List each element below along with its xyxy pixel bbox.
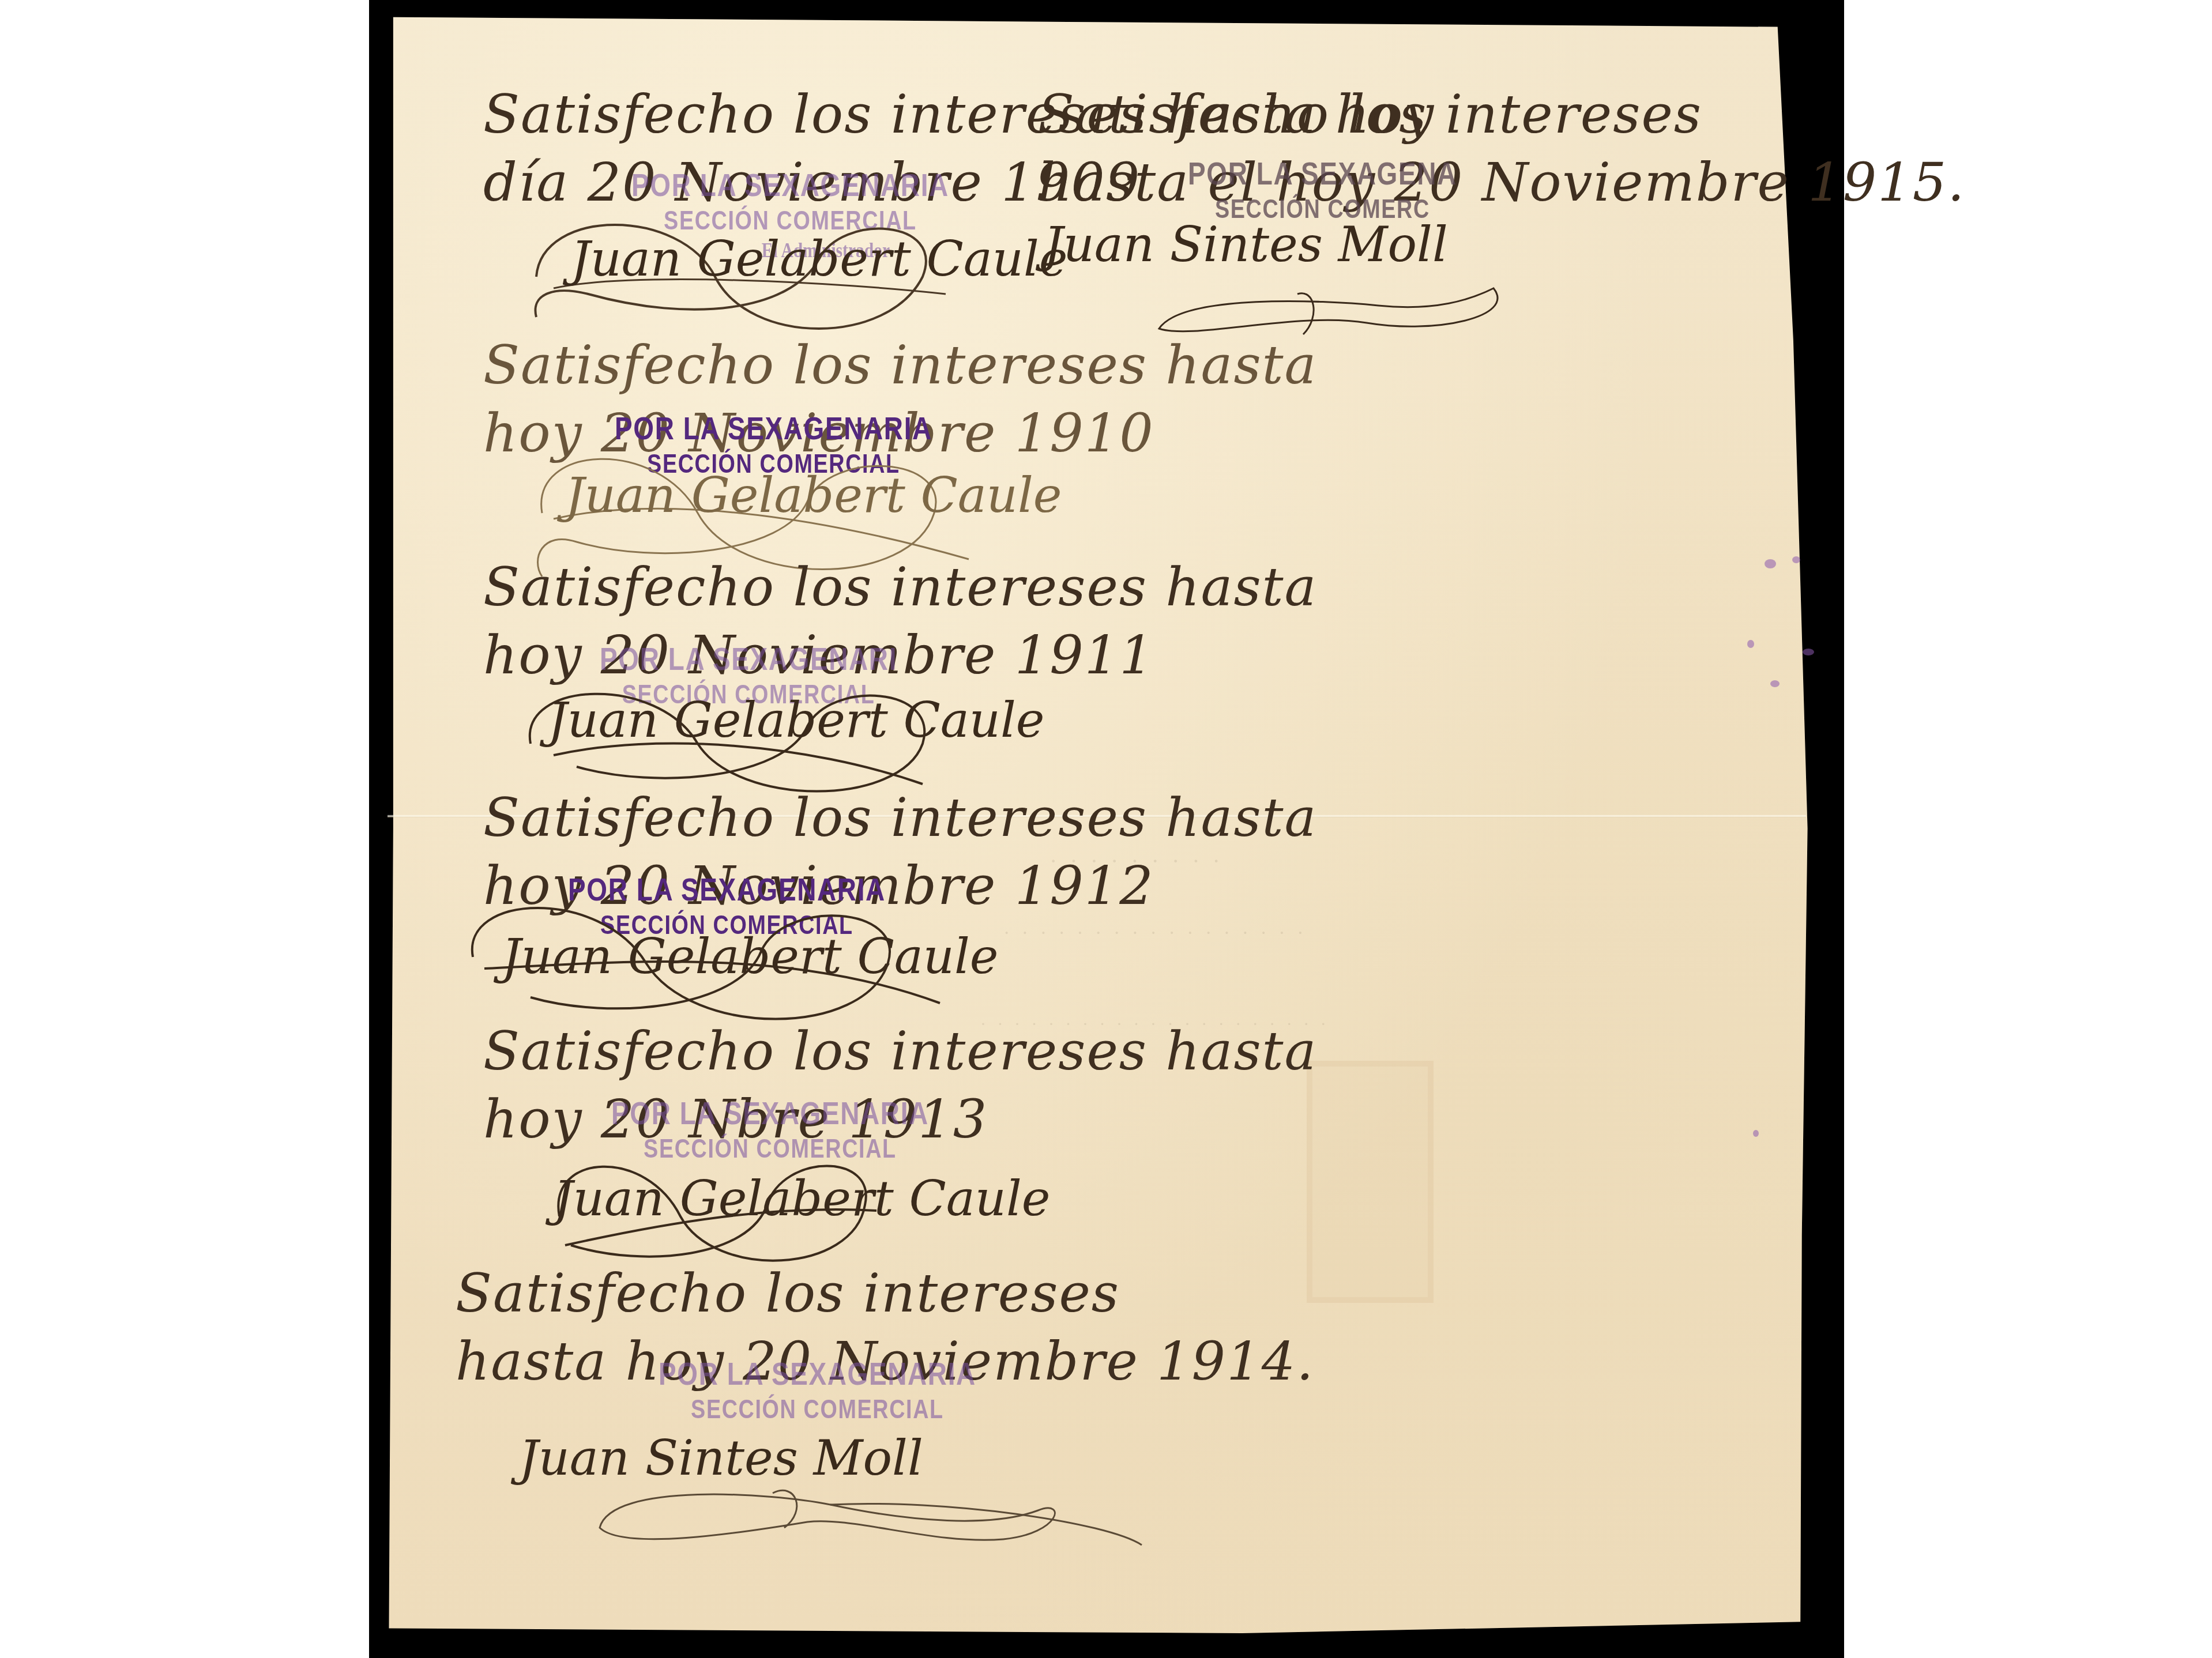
signature-1912: Juan Gelabert Caule [502, 928, 999, 985]
stamp-line-1: POR LA SEXAGENARIA [611, 1095, 929, 1131]
signature-flourish-icon [1148, 277, 1517, 346]
ink-spot [1747, 640, 1754, 648]
ink-spot [1765, 559, 1776, 568]
company-stamp-1915: POR LA SEXAGENA SECCIÓN COMERC [1188, 156, 1457, 226]
ink-spot [1753, 1130, 1759, 1137]
receipt-line-2: hasta el hoy 20 Noviembre 1915. [1038, 149, 1966, 217]
receipt-line-1: Satisfecho los intereses hasta [483, 784, 1317, 852]
signature-1911: Juan Gelabert Caule [548, 692, 1045, 748]
signature-1910: Juan Gelabert Caule [565, 467, 1062, 523]
stamp-line-1: POR LA SEXAGENARIA [631, 167, 949, 203]
company-stamp-1914: POR LA SEXAGENARIA SECCIÓN COMERCIAL [659, 1356, 976, 1426]
revenue-stamp-shadow [1307, 1061, 1434, 1303]
signature-1915: Juan Sintes Moll [1044, 216, 1448, 273]
signature-flourish-icon [588, 1459, 1153, 1562]
receipt-line-1: Satisfecho los intereses hasta [483, 553, 1317, 621]
receipt-line-1: Satisfecho los intereses [1038, 81, 1966, 149]
receipt-line-1: Satisfecho los intereses [456, 1260, 1314, 1328]
stamp-line-2: SECCIÓN COMERCIAL [659, 1392, 976, 1426]
signature-1909: Juan Gelabert Caule [571, 231, 1068, 287]
stamp-line-1: POR LA SEXAGENARIA [659, 1356, 976, 1392]
stamp-line-1: POR LA SEXAGENA [1188, 156, 1457, 191]
ink-spot [1770, 680, 1780, 687]
signature-1913: Juan Gelabert Caule [554, 1170, 1051, 1227]
receipt-entry-1915: Satisfecho los intereses hasta el hoy 20… [1038, 81, 1966, 217]
show-through-print: · · · · · · · · · · · · · · · · · [1003, 922, 1307, 944]
ink-spot [1792, 556, 1800, 563]
ink-spot [1803, 649, 1814, 655]
receipt-line-1: Satisfecho los intereses hasta [483, 1018, 1317, 1086]
